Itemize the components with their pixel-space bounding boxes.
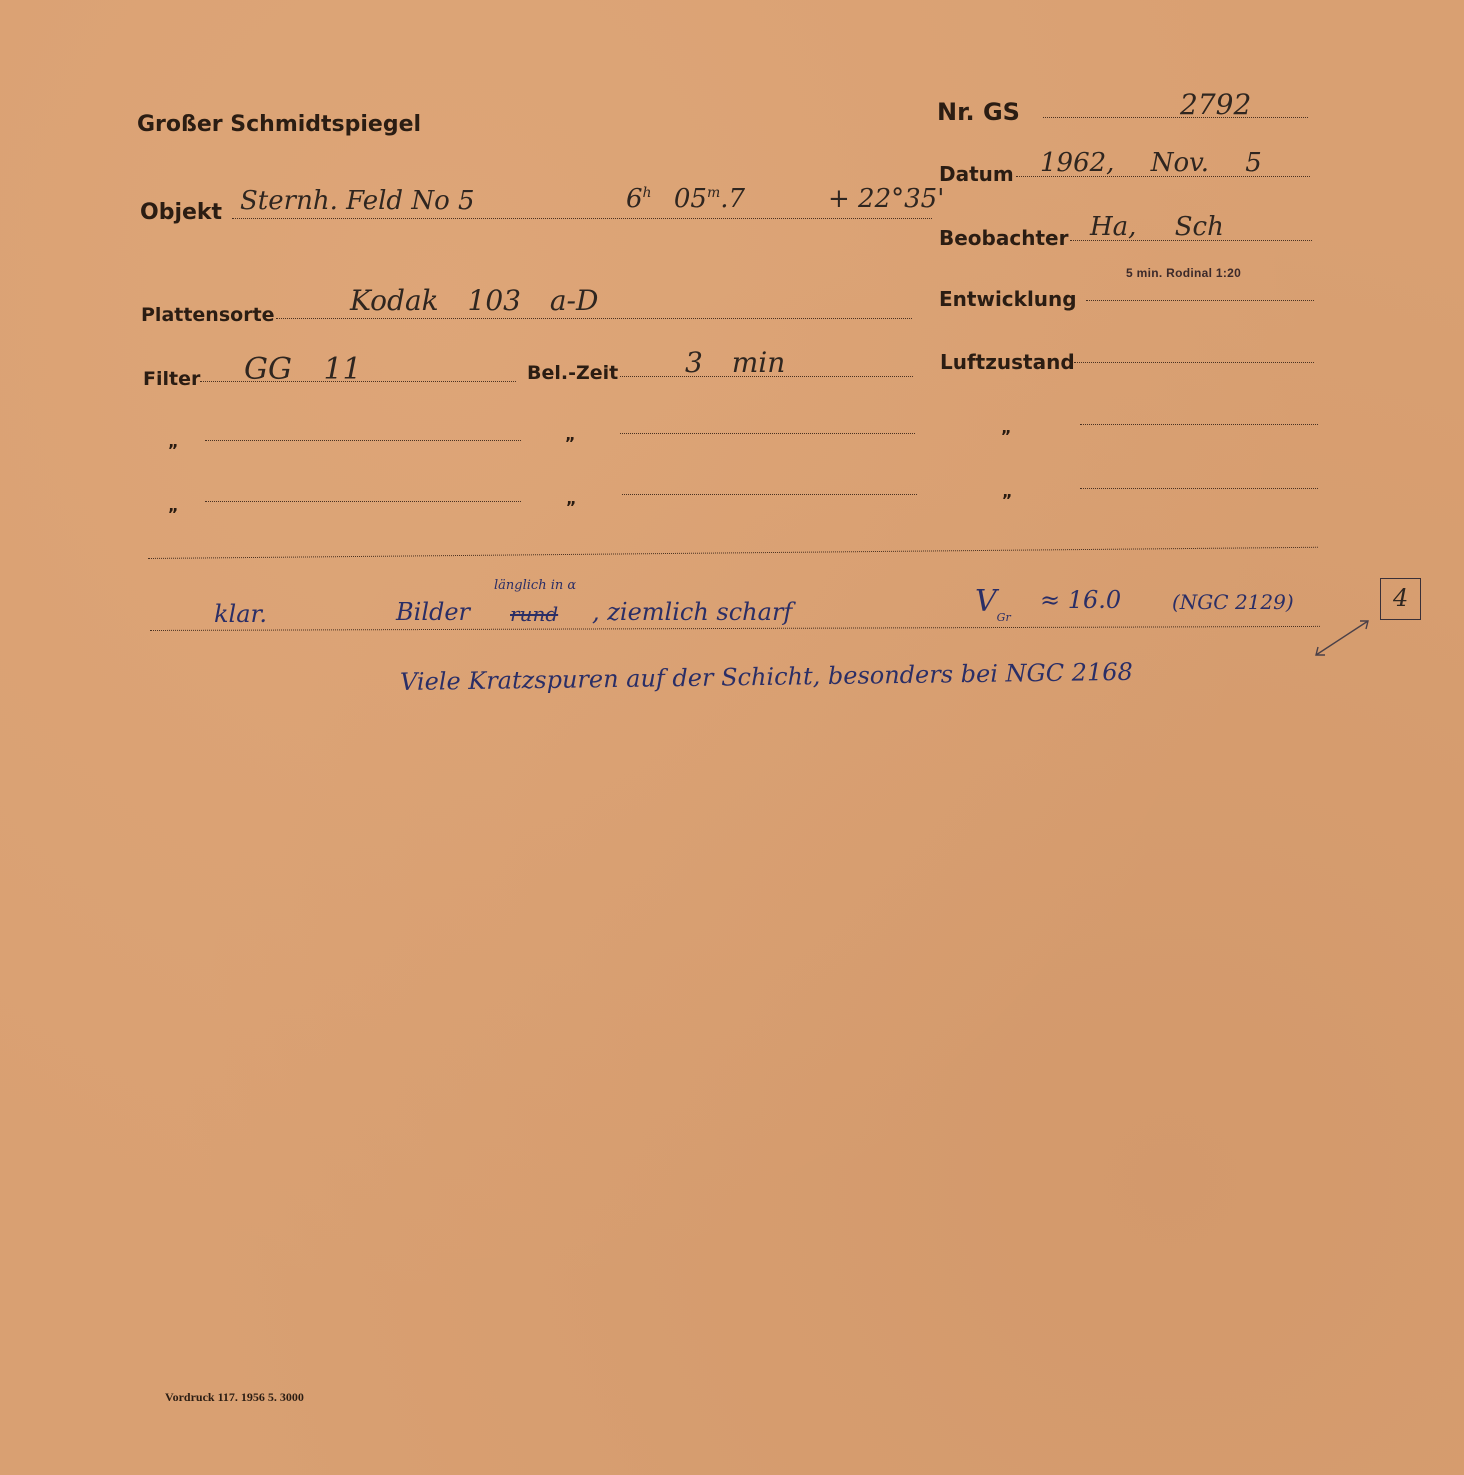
ditto-mark: „	[566, 489, 577, 508]
filter-label: Filter	[143, 368, 200, 390]
ditto-mark: „	[168, 432, 179, 451]
plate-quality-box: 4	[1380, 578, 1421, 620]
datum-label: Datum	[939, 162, 1014, 186]
belzeit-row2-line	[620, 433, 915, 434]
belzeit-value: 3 min	[685, 346, 785, 379]
v-symbol: V	[975, 584, 997, 619]
filter-row3-line	[205, 501, 521, 502]
remark-magnitude: ≈ 16.0	[1040, 586, 1121, 614]
objekt-field-line	[232, 218, 932, 219]
objekt-ra: 6h 05m.7	[626, 184, 745, 214]
remark-scratches: Viele Kratzspuren auf der Schicht, beson…	[400, 658, 1133, 696]
nr-value: 2792	[1180, 88, 1251, 121]
entwicklung-label: Entwicklung	[939, 287, 1077, 311]
v-subscript: Gr	[997, 611, 1011, 624]
ra-minutes-unit: m	[707, 185, 720, 201]
remark-insert: länglich in α	[494, 578, 576, 593]
datum-value: 1962, Nov. 5	[1040, 148, 1262, 178]
plattensorte-value: Kodak 103 a-D	[350, 284, 598, 317]
ra-hours: 6	[626, 184, 643, 214]
entwicklung-field-line	[1086, 300, 1314, 301]
ditto-mark: „	[168, 496, 179, 515]
ra-fraction: .7	[720, 184, 745, 214]
double-arrow-icon	[1310, 615, 1374, 660]
form-footer: Vordruck 117. 1956 5. 3000	[165, 1390, 304, 1405]
remark-sharp: , ziemlich scharf	[592, 598, 792, 626]
remark-images: Bilder	[396, 598, 470, 626]
ra-minutes: 05	[674, 184, 707, 214]
plattensorte-label: Plattensorte	[141, 304, 275, 326]
ditto-mark: „	[565, 425, 576, 444]
luft-row3-line	[1080, 488, 1318, 489]
remark-v: VGr	[975, 584, 1011, 624]
entwicklung-stamp: 5 min. Rodinal 1:20	[1126, 266, 1241, 280]
remark-clear: klar.	[214, 600, 267, 628]
nr-label: Nr. GS	[937, 98, 1020, 126]
filter-value: GG 11	[244, 352, 362, 387]
ditto-mark: „	[1002, 482, 1013, 501]
beobachter-value: Ha, Sch	[1090, 212, 1224, 242]
objekt-dec: + 22°35'	[828, 184, 944, 214]
objekt-name: Sternh. Feld No 5	[240, 186, 475, 216]
luftzustand-label: Luftzustand	[940, 350, 1075, 374]
belzeit-label: Bel.-Zeit	[527, 362, 618, 384]
luftzustand-field-line	[1074, 362, 1314, 363]
plattensorte-field-line	[276, 318, 912, 319]
remarks-line	[150, 626, 1320, 631]
remark-ngc: (NGC 2129)	[1172, 590, 1294, 614]
objekt-label: Objekt	[140, 200, 222, 225]
ditto-mark: „	[1001, 418, 1012, 437]
form-title: Großer Schmidtspiegel	[137, 112, 421, 137]
belzeit-row3-line	[622, 494, 917, 495]
nr-field-line	[1043, 117, 1308, 118]
remark-struck: rund	[510, 602, 558, 626]
luft-row2-line	[1080, 424, 1318, 425]
beobachter-label: Beobachter	[939, 226, 1068, 250]
separator-line	[148, 547, 1318, 559]
ra-hours-unit: h	[643, 185, 652, 201]
filter-row2-line	[205, 440, 521, 441]
